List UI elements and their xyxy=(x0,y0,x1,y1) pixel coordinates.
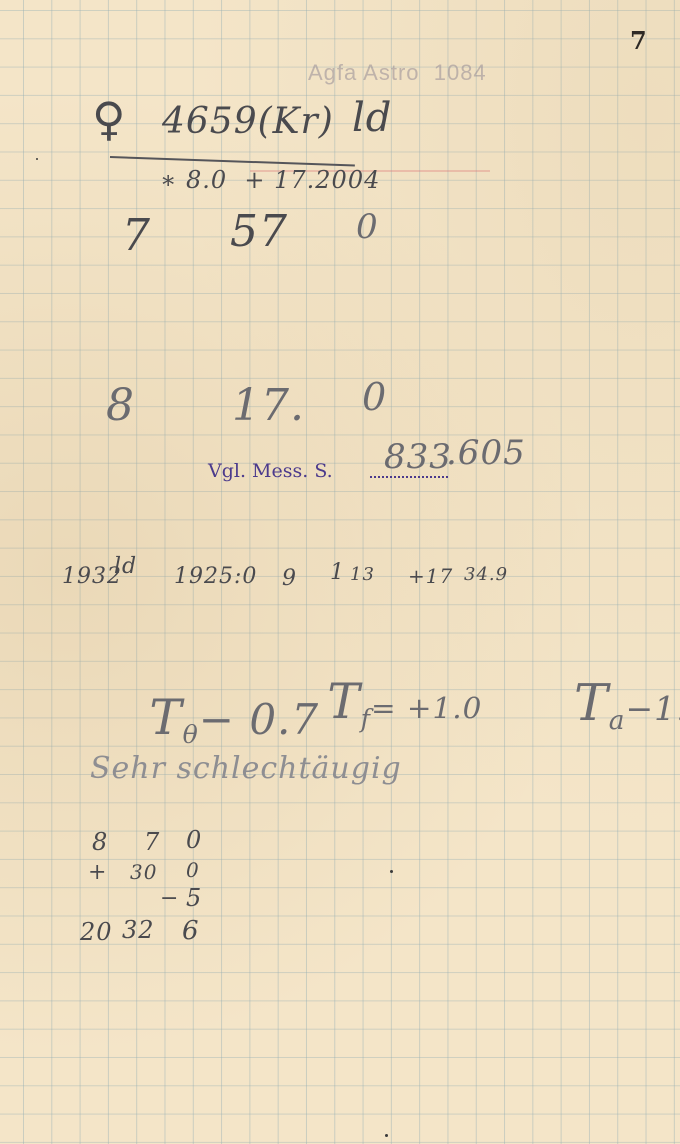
exposure-start-minutes: 57 xyxy=(230,210,288,254)
calc-row1-m: 7 xyxy=(144,830,160,854)
exposure-start-hours: 7 xyxy=(122,214,151,258)
temp-a-label: T xyxy=(574,673,609,732)
catalog-year: 1932 xyxy=(62,566,122,588)
object-suffix: ld xyxy=(352,98,392,138)
exposure-start-seconds: 0 xyxy=(356,210,379,244)
calc-row4-m: 32 xyxy=(122,918,155,942)
temp-a-subscript: a xyxy=(609,705,626,736)
calc-row2-sign: + xyxy=(88,862,107,884)
catalog-dec-degrees: +17 xyxy=(408,566,453,586)
seeing-note: Sehr schlechtäugig xyxy=(90,754,402,784)
calc-row2-m: 30 xyxy=(130,862,157,882)
calc-row4-h: 20 xyxy=(80,920,113,944)
exposure-end-minutes: 17. xyxy=(232,384,305,428)
calc-row4-s: 6 xyxy=(182,918,200,944)
temp-theta-label: T xyxy=(149,690,182,746)
catalog-ra-hours: 9 xyxy=(282,568,297,590)
object-id: 4659(Kr) xyxy=(162,104,334,140)
ink-speck xyxy=(385,1134,388,1137)
temp-a: Ta−1.2 xyxy=(514,634,680,779)
star-coordinates-line: ∗ 8.0 + 17.2004 xyxy=(160,168,380,192)
calc-row1-s: 0 xyxy=(186,828,202,852)
catalog-dec-minutes: 34.9 xyxy=(464,566,508,584)
ink-speck xyxy=(390,870,393,873)
ink-speck xyxy=(36,158,38,160)
exposure-end-seconds: 0 xyxy=(362,378,387,416)
calc-row1-h: 8 xyxy=(92,830,108,854)
catalog-ra-seconds: 13 xyxy=(350,566,375,584)
catalog-designation: ld xyxy=(114,556,137,578)
calc-row2-s: 0 xyxy=(186,860,200,880)
temp-f-label: T xyxy=(327,674,360,730)
agfa-astro-stamp: Agfa Astro 1084 xyxy=(308,60,487,86)
catalog-epoch: 1925:0 xyxy=(174,566,257,588)
plate-number: 833 xyxy=(384,440,452,474)
notebook-page: 7 Agfa Astro 1084 ♀ 4659(Kr) ld ∗ 8.0 + … xyxy=(0,0,680,1144)
temp-theta-subscript: θ xyxy=(183,720,199,749)
temp-a-value: −1.2 xyxy=(625,689,680,728)
exposure-end-hours: 8 xyxy=(106,384,135,428)
calc-row3-s: 5 xyxy=(186,886,202,910)
temp-f-value: = +1.0 xyxy=(371,691,482,725)
temp-f-subscript: f xyxy=(361,704,371,733)
plate-suffix: .605 xyxy=(446,436,526,470)
header-underline xyxy=(110,156,355,167)
catalog-ra-minutes: 1 xyxy=(330,562,345,584)
comparison-measurement-label: Vgl. Mess. S. xyxy=(208,460,333,482)
page-number: 7 xyxy=(630,26,647,55)
calc-row3-sign: − xyxy=(160,888,179,910)
planet-symbol-icon: ♀ xyxy=(92,96,127,142)
